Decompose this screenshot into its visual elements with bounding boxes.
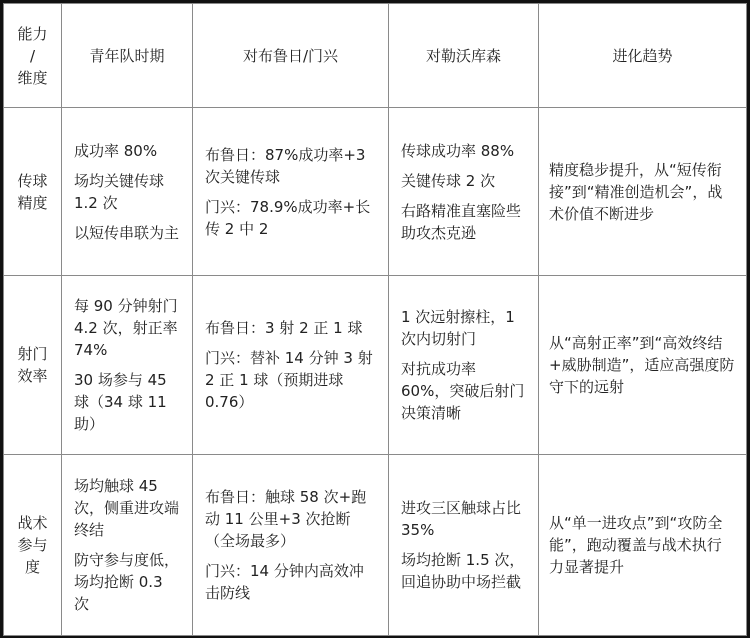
dimension-line: 精度 (10, 192, 55, 214)
ability-evolution-table: 能力 / 维度 青年队时期 对布鲁日/门兴 对勒沃库森 进化趋势 传球 精度 成… (3, 3, 747, 636)
stat-text: 以短传串联为主 (74, 222, 182, 244)
stat-text: 每 90 分钟射门 4.2 次，射正率 74% (74, 295, 182, 361)
header-dimension: 能力 / 维度 (4, 4, 62, 108)
comparison-table-container: 能力 / 维度 青年队时期 对布鲁日/门兴 对勒沃库森 进化趋势 传球 精度 成… (0, 0, 750, 638)
header-vs-leverkusen: 对勒沃库森 (389, 4, 539, 108)
stat-text: 布鲁日：触球 58 次+跑动 11 公里+3 次抢断（全场最多） (205, 486, 378, 552)
stat-text: 布鲁日：87%成功率+3 次关键传球 (205, 144, 378, 188)
header-youth: 青年队时期 (62, 4, 193, 108)
stat-text: 布鲁日：3 射 2 正 1 球 (205, 317, 378, 339)
cell-trend: 从“单一进攻点”到“攻防全能”，跑动覆盖与战术执行力显著提升 (539, 455, 747, 636)
stat-text: 防守参与度低，场均抢断 0.3 次 (74, 549, 182, 615)
cell-youth: 每 90 分钟射门 4.2 次，射正率 74% 30 场参与 45 球（34 球… (62, 276, 193, 455)
table-row: 战术 参与 度 场均触球 45 次，侧重进攻端终结 防守参与度低，场均抢断 0.… (4, 455, 747, 636)
stat-text: 1 次远射擦柱，1 次内切射门 (401, 306, 528, 350)
dimension-line: 战术 (10, 512, 55, 534)
dimension-line: 射门 (10, 343, 55, 365)
cell-trend: 精度稳步提升，从“短传衔接”到“精准创造机会”，战术价值不断进步 (539, 108, 747, 276)
header-vs-bruges-gladbach: 对布鲁日/门兴 (193, 4, 389, 108)
dimension-line: 度 (10, 556, 55, 578)
stat-text: 关键传球 2 次 (401, 170, 528, 192)
header-dimension-line: / (10, 45, 55, 67)
dimension-line: 效率 (10, 365, 55, 387)
table-header-row: 能力 / 维度 青年队时期 对布鲁日/门兴 对勒沃库森 进化趋势 (4, 4, 747, 108)
stat-text: 门兴：14 分钟内高效冲击防线 (205, 560, 378, 604)
stat-text: 右路精准直塞险些助攻杰克逊 (401, 200, 528, 244)
cell-vs-bruges-gladbach: 布鲁日：3 射 2 正 1 球 门兴：替补 14 分钟 3 射 2 正 1 球（… (193, 276, 389, 455)
stat-text: 门兴：78.9%成功率+长传 2 中 2 (205, 196, 378, 240)
table-row: 传球 精度 成功率 80% 场均关键传球 1.2 次 以短传串联为主 布鲁日：8… (4, 108, 747, 276)
row-dimension: 战术 参与 度 (4, 455, 62, 636)
stat-text: 对抗成功率 60%，突破后射门决策清晰 (401, 358, 528, 424)
stat-text: 传球成功率 88% (401, 140, 528, 162)
header-trend: 进化趋势 (539, 4, 747, 108)
dimension-line: 传球 (10, 170, 55, 192)
cell-trend: 从“高射正率”到“高效终结+威胁制造”，适应高强度防守下的远射 (539, 276, 747, 455)
header-dimension-line: 能力 (10, 23, 55, 45)
stat-text: 场均抢断 1.5 次，回追协助中场拦截 (401, 549, 528, 593)
cell-vs-leverkusen: 1 次远射擦柱，1 次内切射门 对抗成功率 60%，突破后射门决策清晰 (389, 276, 539, 455)
header-dimension-line: 维度 (10, 67, 55, 89)
cell-youth: 成功率 80% 场均关键传球 1.2 次 以短传串联为主 (62, 108, 193, 276)
table-row: 射门 效率 每 90 分钟射门 4.2 次，射正率 74% 30 场参与 45 … (4, 276, 747, 455)
cell-vs-leverkusen: 进攻三区触球占比 35% 场均抢断 1.5 次，回追协助中场拦截 (389, 455, 539, 636)
stat-text: 场均关键传球 1.2 次 (74, 170, 182, 214)
cell-vs-bruges-gladbach: 布鲁日：触球 58 次+跑动 11 公里+3 次抢断（全场最多） 门兴：14 分… (193, 455, 389, 636)
cell-youth: 场均触球 45 次，侧重进攻端终结 防守参与度低，场均抢断 0.3 次 (62, 455, 193, 636)
cell-vs-leverkusen: 传球成功率 88% 关键传球 2 次 右路精准直塞险些助攻杰克逊 (389, 108, 539, 276)
cell-vs-bruges-gladbach: 布鲁日：87%成功率+3 次关键传球 门兴：78.9%成功率+长传 2 中 2 (193, 108, 389, 276)
stat-text: 门兴：替补 14 分钟 3 射 2 正 1 球（预期进球 0.76） (205, 347, 378, 413)
stat-text: 成功率 80% (74, 140, 182, 162)
row-dimension: 射门 效率 (4, 276, 62, 455)
dimension-line: 参与 (10, 534, 55, 556)
stat-text: 进攻三区触球占比 35% (401, 497, 528, 541)
row-dimension: 传球 精度 (4, 108, 62, 276)
stat-text: 场均触球 45 次，侧重进攻端终结 (74, 475, 182, 541)
stat-text: 30 场参与 45 球（34 球 11 助） (74, 369, 182, 435)
